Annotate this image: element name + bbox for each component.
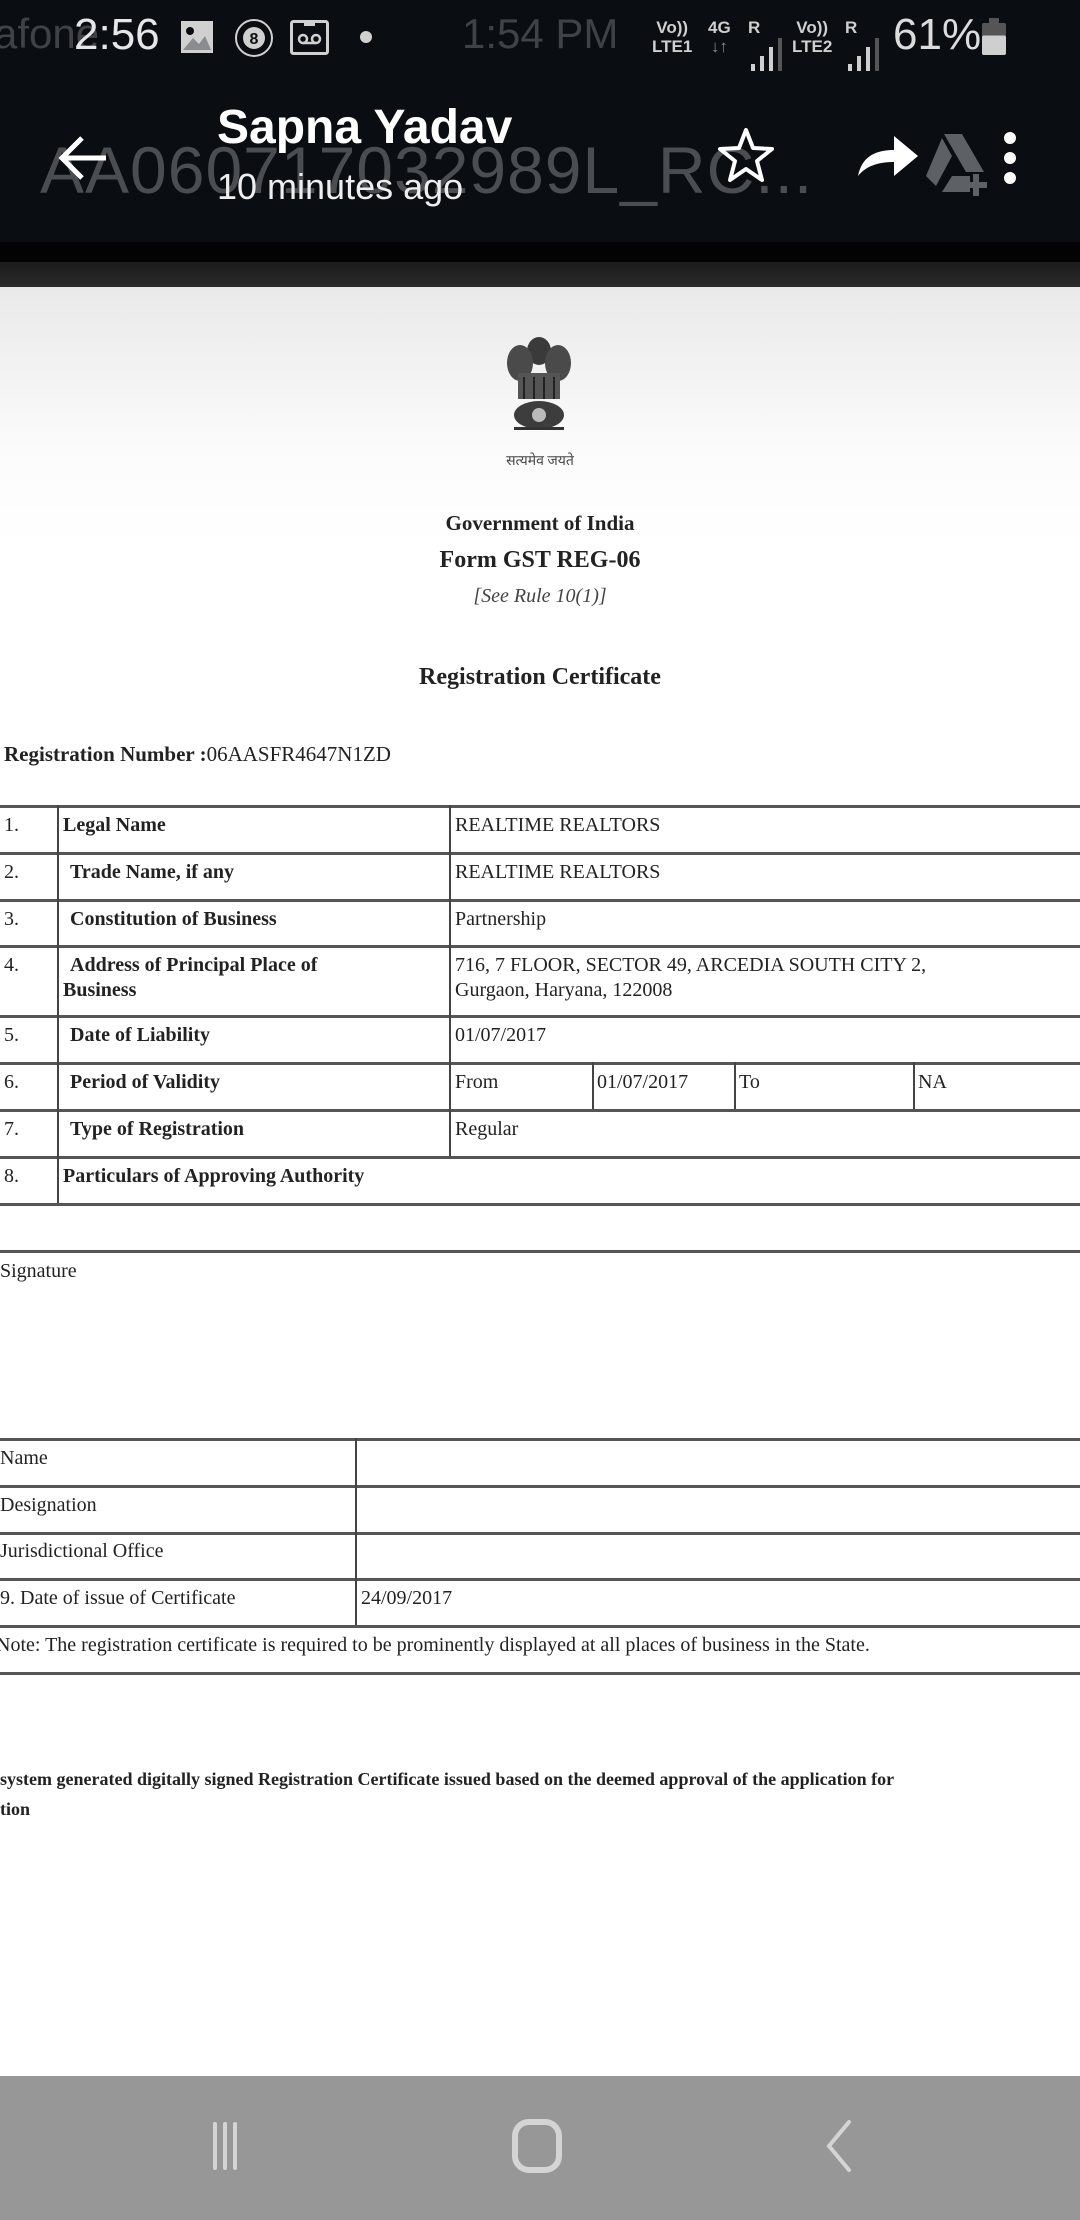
voicemail-icon — [290, 20, 330, 56]
ghost-time: 1:54 PM — [462, 10, 618, 58]
sender-name: Sapna Yadav — [217, 100, 512, 155]
viewer-divider-shadow — [0, 262, 1080, 287]
time-ago: 10 minutes ago — [217, 166, 463, 208]
display-note: Note: The registration certificate is re… — [0, 1634, 870, 1657]
system-generated-note-line1: system generated digitally signed Regist… — [0, 1769, 894, 1790]
share-icon[interactable] — [856, 130, 920, 180]
system-generated-note-line2: tion — [0, 1799, 30, 1820]
navigation-bar — [0, 2076, 1080, 2220]
sim2-volte-icon: Vo))LTE2 — [792, 18, 832, 56]
recents-button[interactable] — [208, 2120, 258, 2172]
document-viewer[interactable]: सत्यमेव जयते Government of India Form GS… — [0, 287, 1080, 2076]
status-bar: afone 2:56 8 1:54 PM Vo))LTE1 4G↓↑ R Vo)… — [0, 0, 1080, 72]
drive-add-icon[interactable] — [922, 132, 994, 198]
notification-dot-icon — [360, 31, 372, 43]
battery-icon — [981, 18, 1007, 56]
svg-text:8: 8 — [250, 31, 259, 48]
ball-8-icon: 8 — [234, 18, 274, 58]
viewer-divider — [0, 242, 1080, 262]
home-button[interactable] — [511, 2118, 567, 2174]
more-vert-icon[interactable] — [1000, 130, 1020, 190]
gallery-icon — [180, 20, 214, 54]
back-button[interactable] — [823, 2120, 863, 2172]
approving-authority-table: Name Designation Jurisdictional Office 9… — [0, 287, 1080, 2076]
app-bar: AA060717032989L_RC... Sapna Yadav 10 min… — [0, 72, 1080, 242]
back-arrow-icon[interactable] — [56, 132, 108, 184]
star-icon[interactable] — [716, 126, 776, 186]
status-time: 2:56 — [74, 10, 160, 60]
network-4g-icon: 4G↓↑ — [708, 18, 731, 56]
sim1-volte-icon: Vo))LTE1 — [652, 18, 692, 56]
battery-percent: 61% — [893, 10, 981, 60]
